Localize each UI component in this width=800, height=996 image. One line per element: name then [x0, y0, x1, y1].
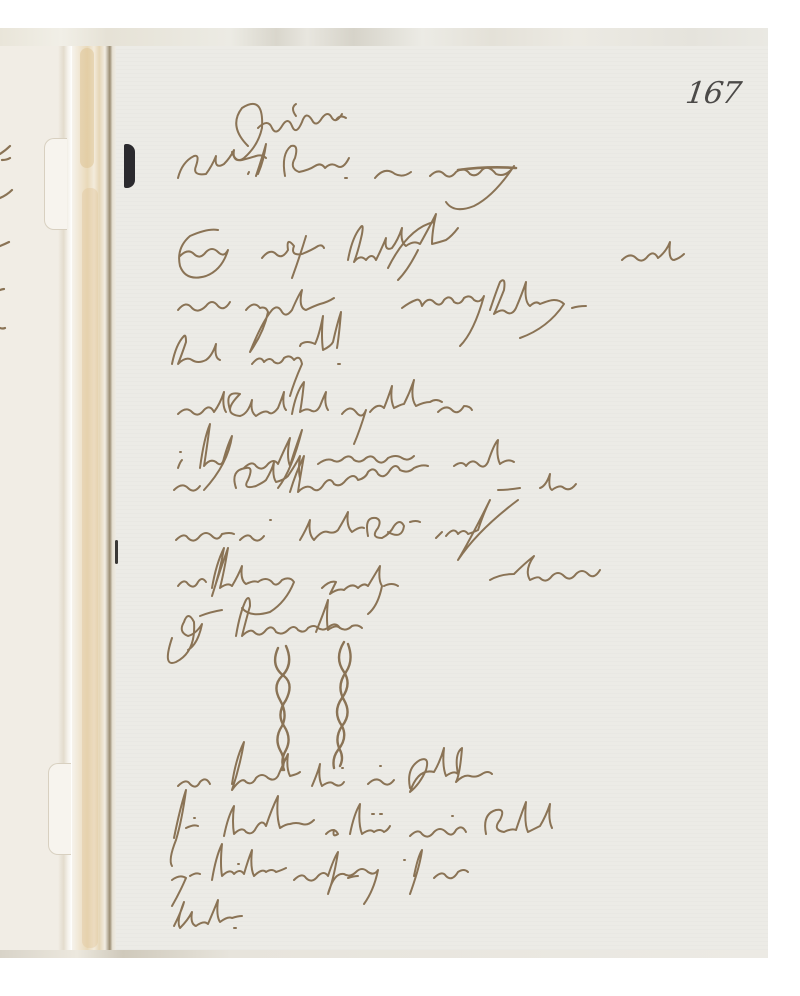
handwritten-text: [0, 28, 768, 958]
scan-bottom-edge: [0, 950, 768, 958]
folio-number: 167: [684, 76, 743, 111]
scan-top-edge: [0, 28, 768, 46]
manuscript-scan: 167 Hypothese Alles ist Blatt. und durch…: [0, 28, 768, 958]
